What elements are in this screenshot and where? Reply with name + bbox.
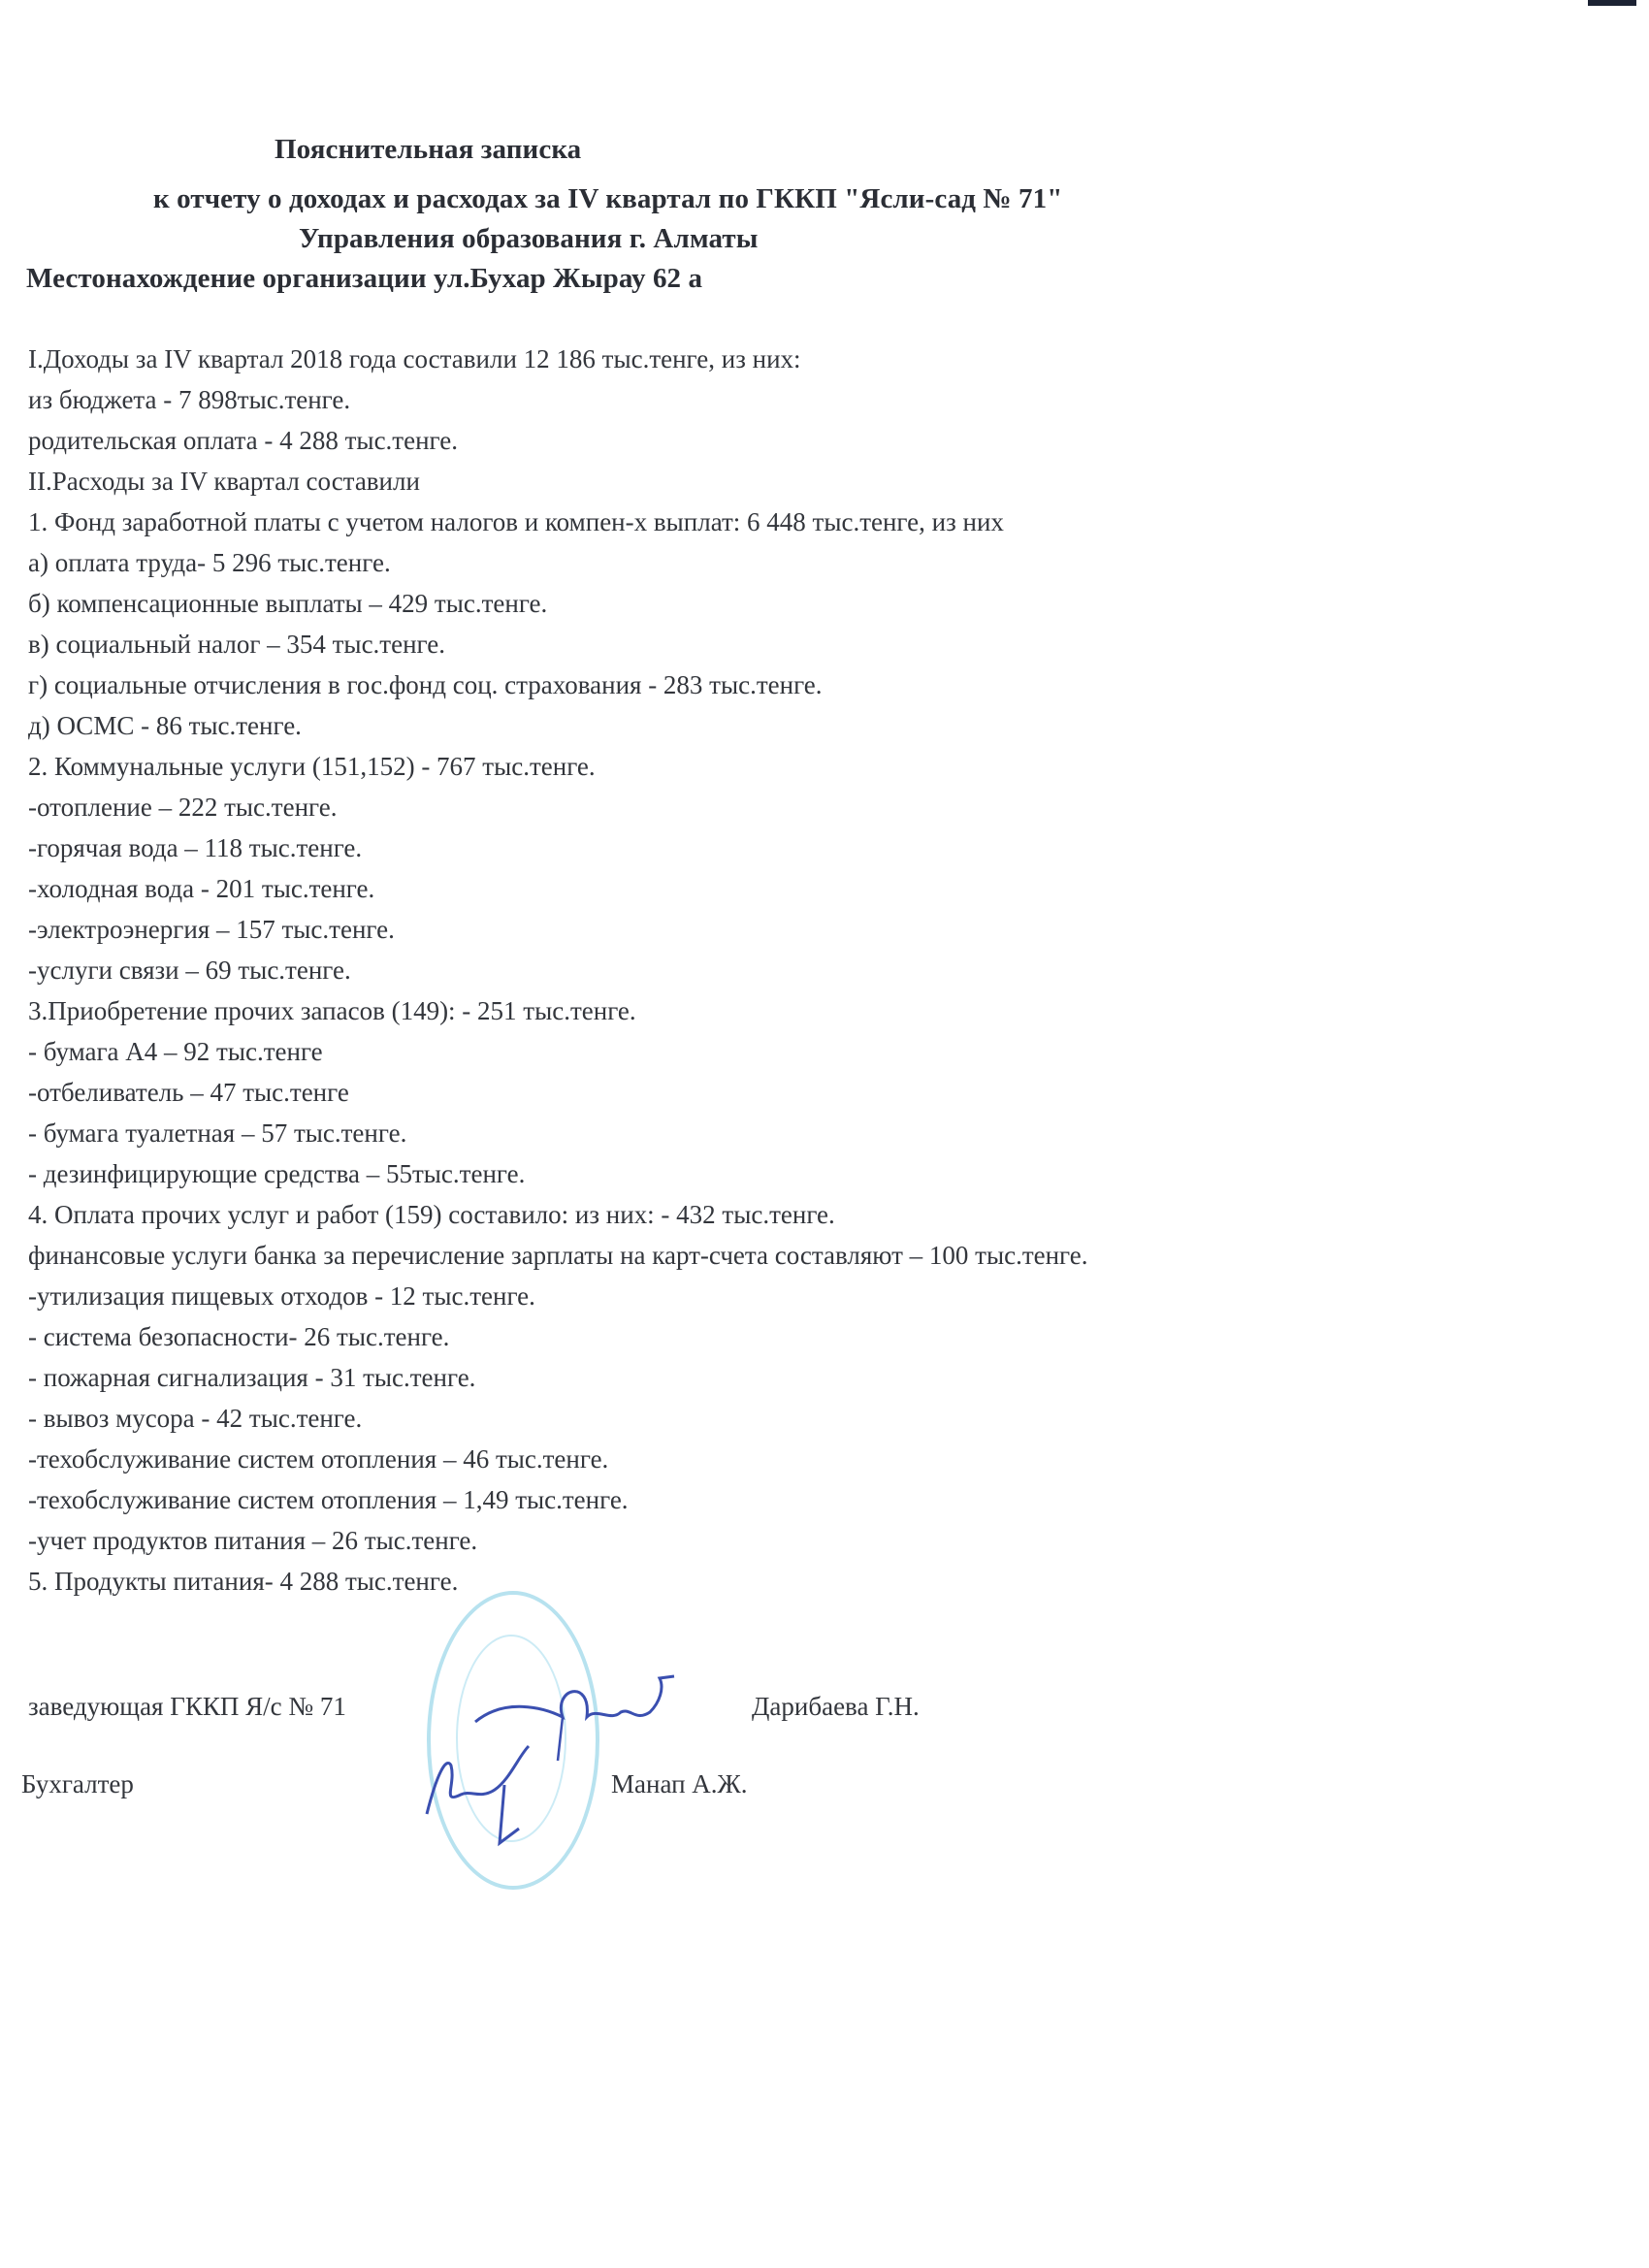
section-title: 4. Оплата прочих услуг и работ (159) сос… (28, 1200, 835, 1230)
list-item: -отбеливатель – 47 тыс.тенге (28, 1078, 349, 1108)
list-item: б) компенсационные выплаты – 429 тыс.тен… (28, 589, 547, 619)
list-item: - бумага туалетная – 57 тыс.тенге. (28, 1118, 406, 1149)
list-item: - система безопасности- 26 тыс.тенге. (28, 1322, 449, 1352)
list-item: -горячая вода – 118 тыс.тенге. (28, 833, 362, 863)
list-item: -техобслуживание систем отопления – 1,49… (28, 1485, 629, 1515)
section-title: 1. Фонд заработной платы с учетом налого… (28, 507, 1004, 537)
list-item: д) ОСМС - 86 тыс.тенге. (28, 711, 302, 741)
list-item: - пожарная сигнализация - 31 тыс.тенге. (28, 1363, 475, 1393)
signature-role-director: заведующая ГККП Я/с № 71 (28, 1692, 346, 1722)
location-line: Местонахождение организации ул.Бухар Жыр… (26, 263, 702, 295)
list-item: -отопление – 222 тыс.тенге. (28, 793, 337, 823)
document-title: Пояснительная записка (275, 134, 581, 166)
accountant-signature-icon (412, 1736, 558, 1853)
list-item: -техобслуживание систем отопления – 46 т… (28, 1444, 608, 1474)
list-item: в) социальный налог – 354 тыс.тенге. (28, 630, 445, 660)
list-item: а) оплата труда- 5 296 тыс.тенге. (28, 548, 391, 578)
document-subtitle: к отчету о доходах и расходах за IV квар… (153, 183, 1062, 215)
signature-name-accountant: Манап А.Ж. (611, 1769, 747, 1799)
expenses-heading: II.Расходы за IV квартал составили (28, 467, 420, 497)
list-item: -услуги связи – 69 тыс.тенге. (28, 956, 351, 986)
list-item: - бумага А4 – 92 тыс.тенге (28, 1037, 323, 1067)
list-item: - дезинфицирующие средства – 55тыс.тенге… (28, 1159, 525, 1189)
section-title: 5. Продукты питания- 4 288 тыс.тенге. (28, 1567, 458, 1597)
signature-role-accountant: Бухгалтер (21, 1769, 134, 1799)
signature-name-director: Дарибаева Г.Н. (752, 1692, 920, 1722)
list-item: -утилизация пищевых отходов - 12 тыс.тен… (28, 1281, 535, 1312)
income-total: I.Доходы за IV квартал 2018 года состави… (28, 344, 801, 374)
list-item: -холодная вода - 201 тыс.тенге. (28, 874, 374, 904)
list-item: г) социальные отчисления в гос.фонд соц.… (28, 670, 823, 700)
scan-corner-mark (1588, 0, 1636, 6)
list-item: - вывоз мусора - 42 тыс.тенге. (28, 1404, 362, 1434)
list-item: -учет продуктов питания – 26 тыс.тенге. (28, 1526, 477, 1556)
list-item: финансовые услуги банка за перечисление … (28, 1241, 1088, 1271)
list-item: -электроэнергия – 157 тыс.тенге. (28, 915, 395, 945)
income-budget: из бюджета - 7 898тыс.тенге. (28, 385, 350, 415)
income-parents: родительская оплата - 4 288 тыс.тенге. (28, 426, 458, 456)
section-title: 2. Коммунальные услуги (151,152) - 767 т… (28, 752, 596, 782)
section-title: 3.Приобретение прочих запасов (149): - 2… (28, 996, 636, 1026)
department-line: Управления образования г. Алматы (299, 223, 758, 255)
